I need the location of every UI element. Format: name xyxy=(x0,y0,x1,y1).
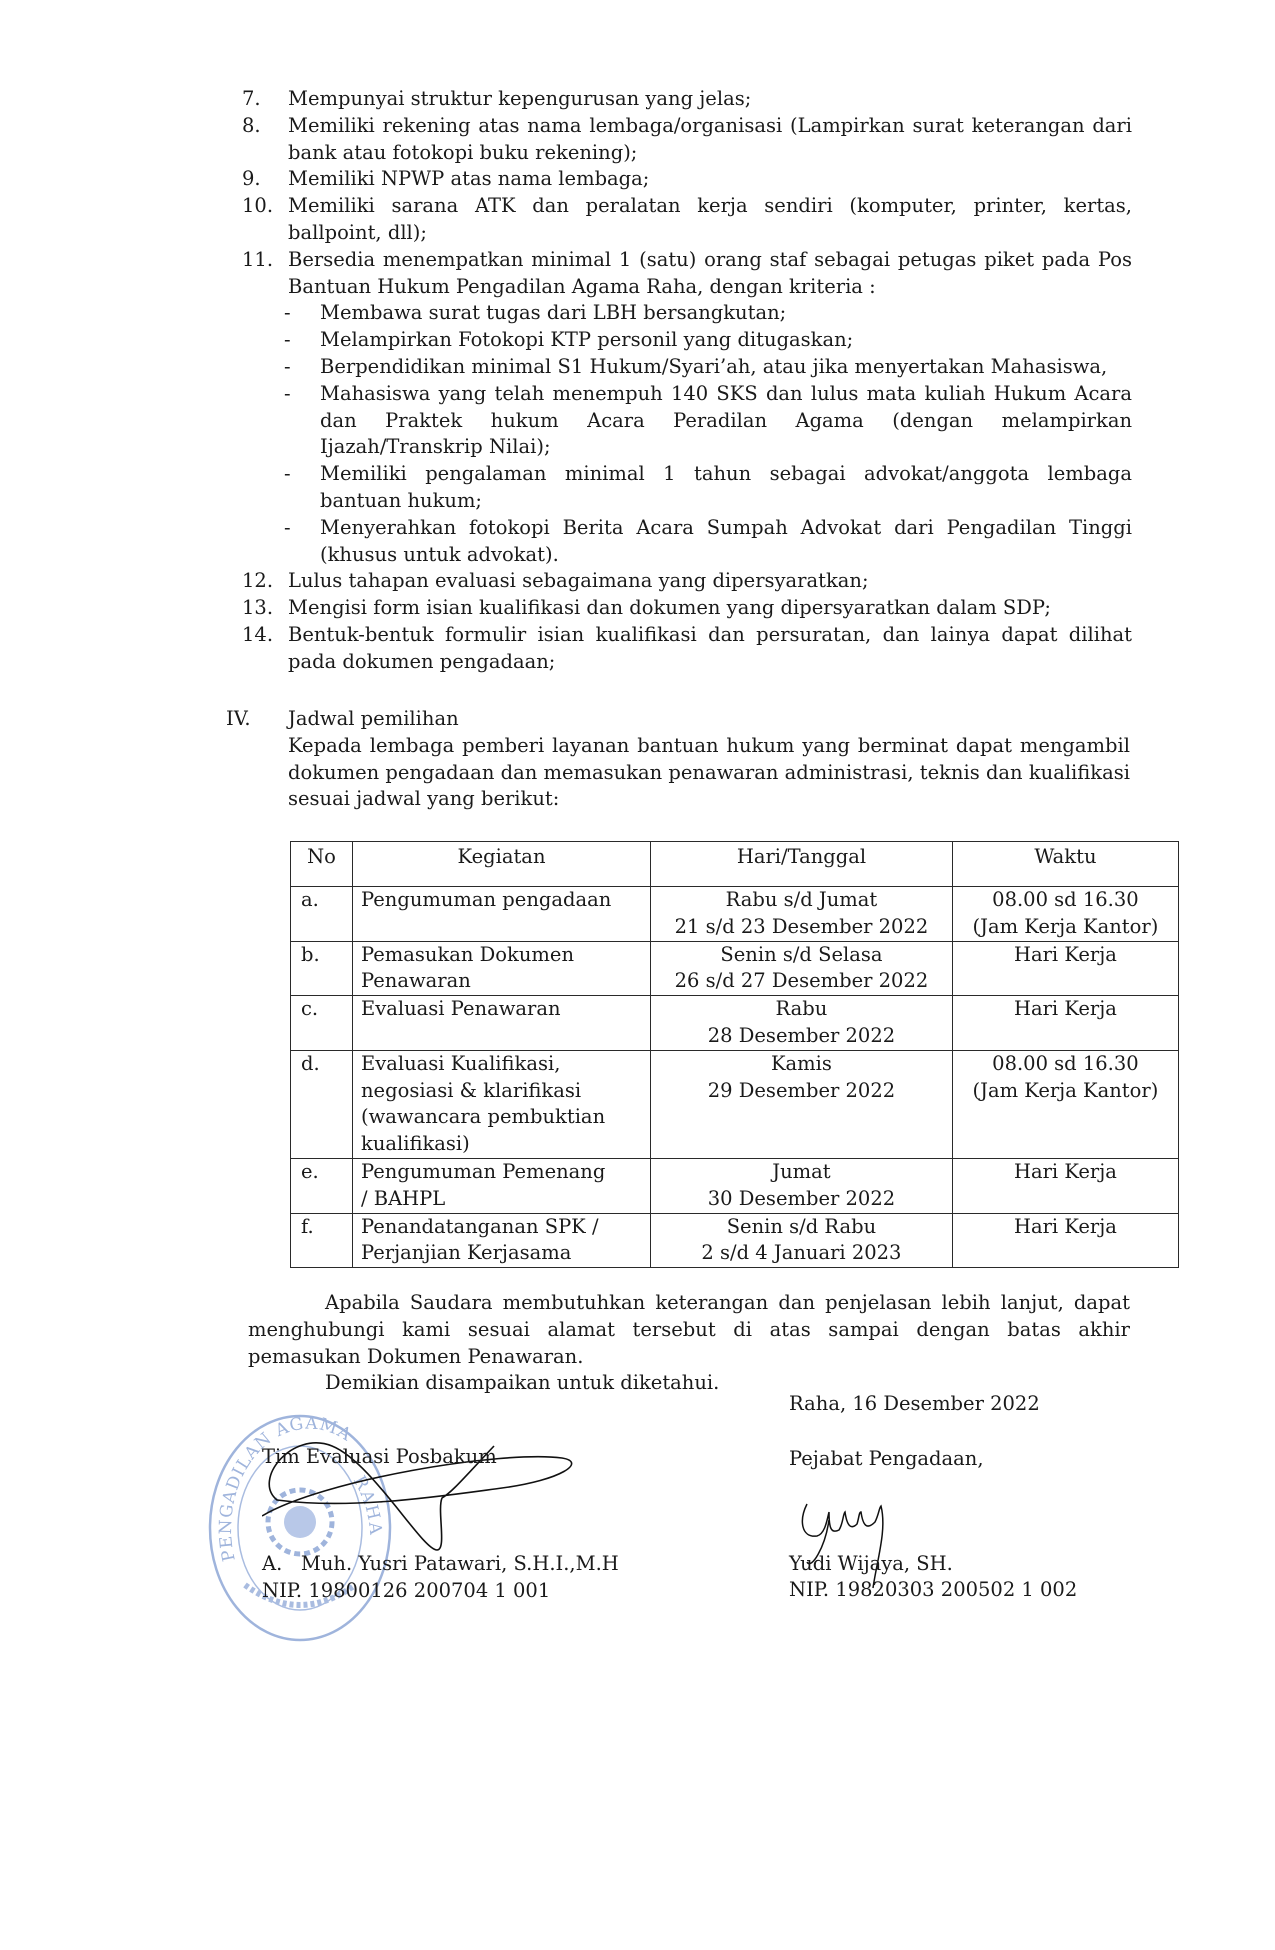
bullet-dash: - xyxy=(284,354,291,381)
criteria-text: Membawa surat tugas dari LBH bersangkuta… xyxy=(320,301,786,324)
cell-kegiatan: Pengumuman Pemenang/ BAHPL xyxy=(353,1158,651,1213)
cell-waktu: Hari Kerja xyxy=(952,1213,1178,1268)
criteria-item: -Menyerahkan fotokopi Berita Acara Sumpa… xyxy=(242,515,1132,569)
list-item: 7.Mempunyai struktur kepengurusan yang j… xyxy=(242,86,1132,113)
cell-hari-tanggal-line: 28 Desember 2022 xyxy=(659,1023,944,1050)
header-hari-tanggal: Hari/Tanggal xyxy=(651,842,953,887)
bullet-dash: - xyxy=(284,327,291,354)
cell-kegiatan-line: Evaluasi Penawaran xyxy=(361,996,642,1023)
requirements-list: 7.Mempunyai struktur kepengurusan yang j… xyxy=(242,86,1132,676)
item-text: Memiliki sarana ATK dan peralatan kerja … xyxy=(288,194,1132,244)
cell-hari-tanggal: Kamis29 Desember 2022 xyxy=(651,1050,953,1158)
list-item: 8.Memiliki rekening atas nama lembaga/or… xyxy=(242,113,1132,167)
item-number: 7. xyxy=(242,86,261,113)
header-kegiatan: Kegiatan xyxy=(353,842,651,887)
closing-paragraph: Apabila Saudara membutuhkan keterangan d… xyxy=(248,1290,1130,1370)
cell-no: d. xyxy=(291,1050,353,1158)
item-number: 8. xyxy=(242,113,261,140)
cell-kegiatan: Evaluasi Penawaran xyxy=(353,996,651,1051)
criteria-text: Berpendidikan minimal S1 Hukum/Syari’ah,… xyxy=(320,355,1107,378)
place-date: Raha, 16 Desember 2022 xyxy=(789,1391,1077,1418)
criteria-text: Mahasiswa yang telah menempuh 140 SKS da… xyxy=(320,382,1132,459)
section-intro: Kepada lembaga pemberi layanan bantuan h… xyxy=(288,733,1130,813)
criteria-item: -Mahasiswa yang telah menempuh 140 SKS d… xyxy=(242,381,1132,461)
item-number: 9. xyxy=(242,166,261,193)
cell-no: a. xyxy=(291,887,353,942)
table-row: b.Pemasukan DokumenPenawaranSenin s/d Se… xyxy=(291,941,1179,996)
signer-left-name: A. Muh. Yusri Patawari, S.H.I.,M.H xyxy=(262,1551,619,1578)
cell-kegiatan-line: Penawaran xyxy=(361,968,642,995)
section-jadwal-pemilihan: IV. Jadwal pemilihan Kepada lembaga pemb… xyxy=(226,706,1130,813)
closing-section: Apabila Saudara membutuhkan keterangan d… xyxy=(248,1290,1130,1397)
section-title: Jadwal pemilihan xyxy=(288,706,1130,733)
criteria-item: -Memiliki pengalaman minimal 1 tahun seb… xyxy=(242,461,1132,515)
cell-hari-tanggal-line: Kamis xyxy=(659,1051,944,1078)
cell-hari-tanggal: Rabu28 Desember 2022 xyxy=(651,996,953,1051)
signer-left-title: Tim Evaluasi Posbakum xyxy=(262,1444,619,1471)
cell-hari-tanggal-line: Rabu s/d Jumat xyxy=(659,887,944,914)
document-page: 7.Mempunyai struktur kepengurusan yang j… xyxy=(0,0,1275,1950)
item-text: Memiliki NPWP atas nama lembaga; xyxy=(288,167,649,190)
cell-hari-tanggal-line: Rabu xyxy=(659,996,944,1023)
cell-waktu-line: Hari Kerja xyxy=(961,1214,1170,1241)
cell-hari-tanggal-line: 2 s/d 4 Januari 2023 xyxy=(659,1240,944,1267)
cell-kegiatan-line: Pengumuman pengadaan xyxy=(361,887,642,914)
cell-waktu-line: 08.00 sd 16.30 xyxy=(961,1051,1170,1078)
bullet-dash: - xyxy=(284,381,291,408)
item-text: Mempunyai struktur kepengurusan yang jel… xyxy=(288,87,751,110)
cell-kegiatan: Pengumuman pengadaan xyxy=(353,887,651,942)
cell-kegiatan-line: Evaluasi Kualifikasi, xyxy=(361,1051,642,1078)
cell-waktu: Hari Kerja xyxy=(952,1158,1178,1213)
criteria-text: Melampirkan Fotokopi KTP personil yang d… xyxy=(320,328,853,351)
list-item: 14.Bentuk-bentuk formulir isian kualifik… xyxy=(242,622,1132,676)
signer-right-name: Yudi Wijaya, SH. xyxy=(789,1551,1077,1578)
schedule-table: No Kegiatan Hari/Tanggal Waktu a.Pengumu… xyxy=(290,841,1179,1268)
cell-hari-tanggal: Senin s/d Selasa26 s/d 27 Desember 2022 xyxy=(651,941,953,996)
cell-no: e. xyxy=(291,1158,353,1213)
signer-right-title: Pejabat Pengadaan, xyxy=(789,1446,1077,1473)
item-text: Memiliki rekening atas nama lembaga/orga… xyxy=(288,114,1132,164)
cell-kegiatan: Penandatanganan SPK /Perjanjian Kerjasam… xyxy=(353,1213,651,1268)
cell-waktu: Hari Kerja xyxy=(952,996,1178,1051)
table-row: f.Penandatanganan SPK /Perjanjian Kerjas… xyxy=(291,1213,1179,1268)
cell-hari-tanggal-line: 21 s/d 23 Desember 2022 xyxy=(659,914,944,941)
cell-hari-tanggal-line: 29 Desember 2022 xyxy=(659,1078,944,1105)
list-item: 10.Memiliki sarana ATK dan peralatan ker… xyxy=(242,193,1132,247)
section-number: IV. xyxy=(226,706,251,733)
cell-hari-tanggal: Senin s/d Rabu2 s/d 4 Januari 2023 xyxy=(651,1213,953,1268)
bullet-dash: - xyxy=(284,515,291,542)
cell-kegiatan-line: Pemasukan Dokumen xyxy=(361,942,642,969)
bullet-dash: - xyxy=(284,300,291,327)
cell-hari-tanggal-line: Senin s/d Rabu xyxy=(659,1214,944,1241)
cell-kegiatan: Pemasukan DokumenPenawaran xyxy=(353,941,651,996)
cell-kegiatan-line: negosiasi & klarifikasi xyxy=(361,1078,642,1105)
header-no: No xyxy=(291,842,353,887)
signer-left-nip: NIP. 19800126 200704 1 001 xyxy=(262,1578,619,1605)
cell-kegiatan-line: / BAHPL xyxy=(361,1186,642,1213)
item-number: 11. xyxy=(242,247,273,274)
cell-kegiatan-line: kualifikasi) xyxy=(361,1131,642,1158)
schedule-header-row: No Kegiatan Hari/Tanggal Waktu xyxy=(291,842,1179,887)
signature-block-left: Tim Evaluasi Posbakum A. Muh. Yusri Pata… xyxy=(262,1444,619,1604)
cell-waktu: 08.00 sd 16.30(Jam Kerja Kantor) xyxy=(952,887,1178,942)
cell-kegiatan-line: Perjanjian Kerjasama xyxy=(361,1240,642,1267)
cell-hari-tanggal-line: 26 s/d 27 Desember 2022 xyxy=(659,968,944,995)
cell-hari-tanggal: Rabu s/d Jumat21 s/d 23 Desember 2022 xyxy=(651,887,953,942)
item-number: 13. xyxy=(242,595,273,622)
item-text: Mengisi form isian kualifikasi dan dokum… xyxy=(288,596,1051,619)
bullet-dash: - xyxy=(284,461,291,488)
cell-waktu: Hari Kerja xyxy=(952,941,1178,996)
item-text: Lulus tahapan evaluasi sebagaimana yang … xyxy=(288,569,869,592)
list-item: 9.Memiliki NPWP atas nama lembaga; xyxy=(242,166,1132,193)
cell-kegiatan: Evaluasi Kualifikasi,negosiasi & klarifi… xyxy=(353,1050,651,1158)
table-row: c.Evaluasi PenawaranRabu28 Desember 2022… xyxy=(291,996,1179,1051)
cell-hari-tanggal-line: Senin s/d Selasa xyxy=(659,942,944,969)
item-number: 14. xyxy=(242,622,273,649)
cell-hari-tanggal-line: Jumat xyxy=(659,1159,944,1186)
signature-block-right: Raha, 16 Desember 2022 Pejabat Pengadaan… xyxy=(789,1391,1077,1604)
list-item: 13.Mengisi form isian kualifikasi dan do… xyxy=(242,595,1132,622)
table-row: d.Evaluasi Kualifikasi,negosiasi & klari… xyxy=(291,1050,1179,1158)
criteria-text: Menyerahkan fotokopi Berita Acara Sumpah… xyxy=(320,516,1132,566)
cell-no: f. xyxy=(291,1213,353,1268)
table-row: a.Pengumuman pengadaanRabu s/d Jumat21 s… xyxy=(291,887,1179,942)
cell-kegiatan-line: (wawancara pembuktian xyxy=(361,1104,642,1131)
cell-no: b. xyxy=(291,941,353,996)
criteria-item: -Melampirkan Fotokopi KTP personil yang … xyxy=(242,327,1132,354)
cell-kegiatan-line: Pengumuman Pemenang xyxy=(361,1159,642,1186)
criteria-text: Memiliki pengalaman minimal 1 tahun seba… xyxy=(320,462,1132,512)
cell-waktu-line: Hari Kerja xyxy=(961,942,1170,969)
cell-no: c. xyxy=(291,996,353,1051)
list-item: 12.Lulus tahapan evaluasi sebagaimana ya… xyxy=(242,568,1132,595)
item-number: 10. xyxy=(242,193,273,220)
cell-waktu-line: (Jam Kerja Kantor) xyxy=(961,1078,1170,1105)
table-row: e.Pengumuman Pemenang/ BAHPLJumat30 Dese… xyxy=(291,1158,1179,1213)
cell-waktu-line: 08.00 sd 16.30 xyxy=(961,887,1170,914)
cell-hari-tanggal: Jumat30 Desember 2022 xyxy=(651,1158,953,1213)
cell-waktu-line: Hari Kerja xyxy=(961,1159,1170,1186)
cell-waktu: 08.00 sd 16.30(Jam Kerja Kantor) xyxy=(952,1050,1178,1158)
cell-kegiatan-line: Penandatanganan SPK / xyxy=(361,1214,642,1241)
signer-right-nip: NIP. 19820303 200502 1 002 xyxy=(789,1577,1077,1604)
criteria-item: -Membawa surat tugas dari LBH bersangkut… xyxy=(242,300,1132,327)
cell-waktu-line: Hari Kerja xyxy=(961,996,1170,1023)
item-number: 12. xyxy=(242,568,273,595)
cell-hari-tanggal-line: 30 Desember 2022 xyxy=(659,1186,944,1213)
criteria-item: -Berpendidikan minimal S1 Hukum/Syari’ah… xyxy=(242,354,1132,381)
list-item: 11.Bersedia menempatkan minimal 1 (satu)… xyxy=(242,247,1132,301)
item-text: Bentuk-bentuk formulir isian kualifikasi… xyxy=(288,623,1132,673)
item-text: Bersedia menempatkan minimal 1 (satu) or… xyxy=(288,248,1132,298)
header-waktu: Waktu xyxy=(952,842,1178,887)
cell-waktu-line: (Jam Kerja Kantor) xyxy=(961,914,1170,941)
